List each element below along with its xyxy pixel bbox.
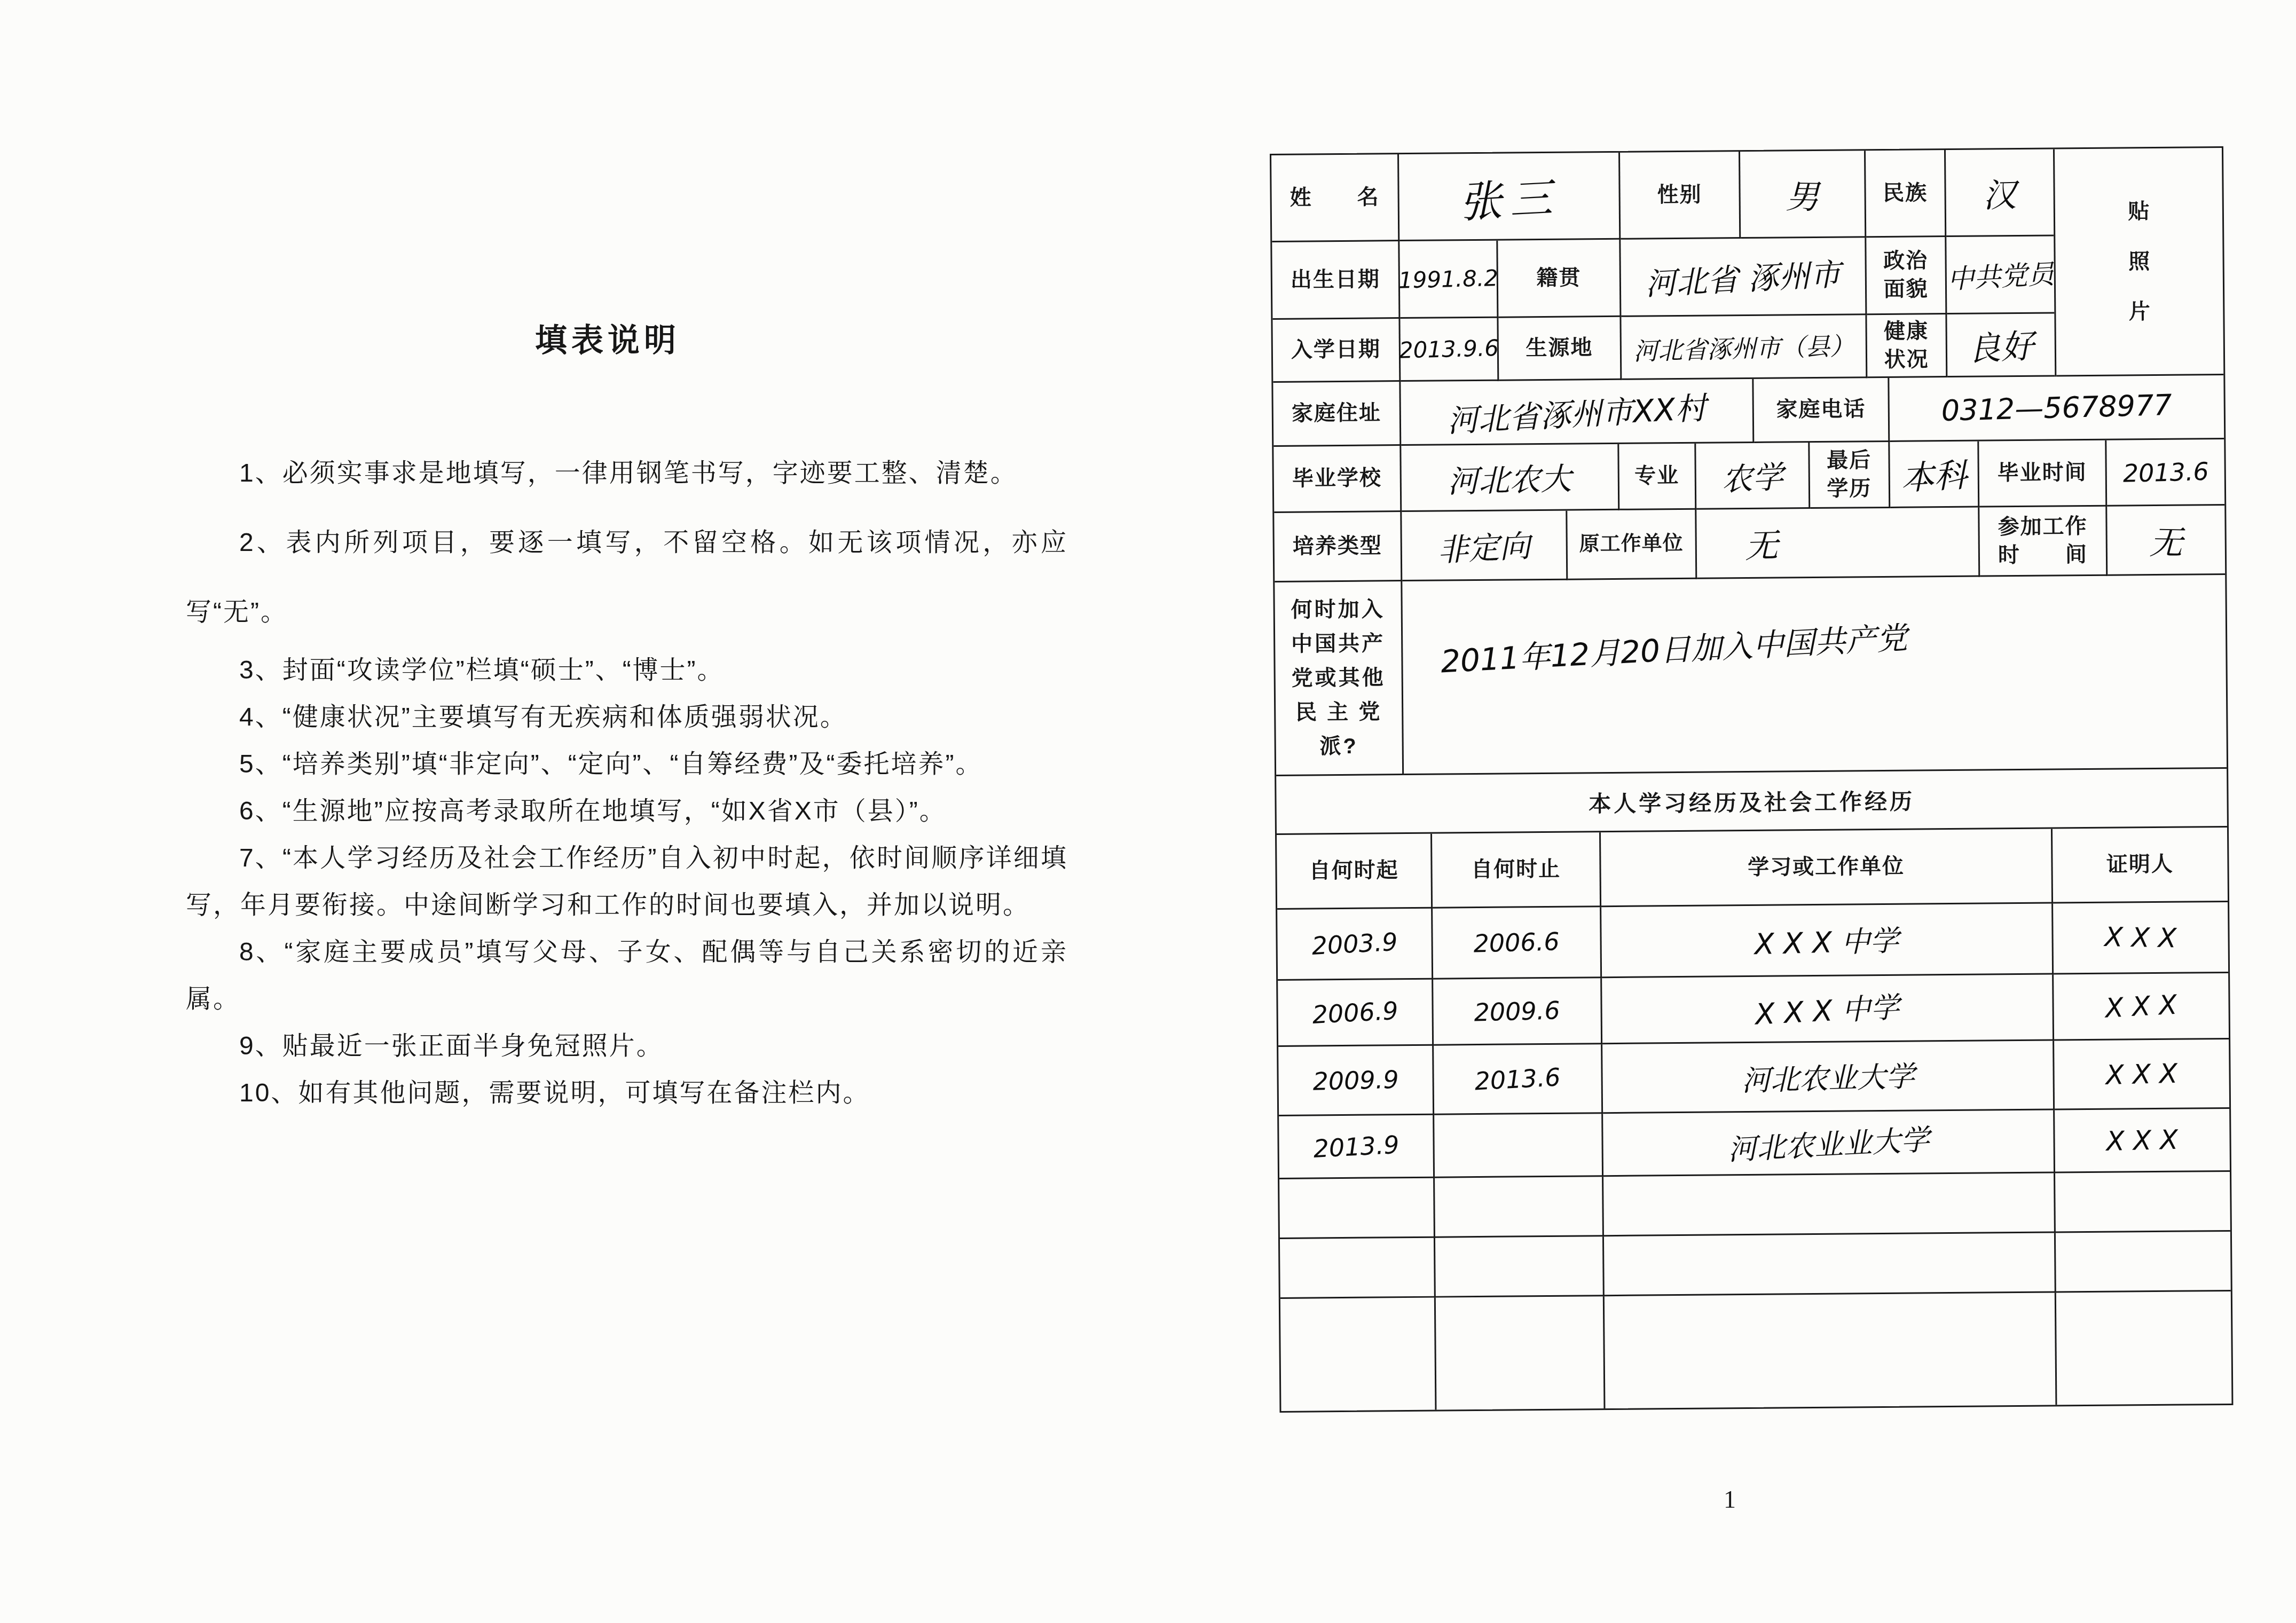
grad-school-value: 河北农大 xyxy=(1447,453,1572,501)
grad-time-label: 毕业时间 xyxy=(1998,459,2087,487)
instruction-item: 6、“生源地”应按高考录取所在地填写，“如X省X市（县）”。 xyxy=(186,788,1068,835)
home-address-value: 河北省涿州市XX村 xyxy=(1446,383,1707,441)
table-row: 何时加入 中国共产 党或其他 民 主 党 派? 2011年12月20日加入中国共… xyxy=(1275,575,2227,776)
training-type-label: 培养类型 xyxy=(1293,532,1382,561)
table-row: 姓 名 张三 性别 男 民族 汉 xyxy=(1271,149,2054,242)
major-label: 专业 xyxy=(1634,462,1679,490)
experience-certifier: X X X xyxy=(2106,1124,2179,1156)
native-place-label: 籍贯 xyxy=(1536,264,1581,292)
home-address-label: 家庭住址 xyxy=(1292,399,1381,428)
experience-unit: 河北农业业大学 xyxy=(1726,1117,1930,1168)
table-row: 出生日期 1991.8.2 籍贯 河北省 涿州市 政治 面貌 中共党员 xyxy=(1272,236,2054,319)
table-row: 本人学习经历及社会工作经历 xyxy=(1276,769,2227,835)
experience-unit: X X X 中学 xyxy=(1754,918,1899,963)
grad-time-value: 2013.6 xyxy=(2122,456,2209,487)
table-row: 毕业学校 河北农大 专业 农学 最后 学历 本科 毕业时间 2013.6 xyxy=(1273,439,2224,513)
experience-col-unit: 学习或工作单位 xyxy=(1748,853,1905,882)
grad-school-label: 毕业学校 xyxy=(1292,464,1382,493)
enroll-date-label: 入学日期 xyxy=(1291,335,1381,364)
instruction-item: 2、表内所列项目，要逐一填写，不留空格。如无该项情况，亦应写“无”。 xyxy=(186,508,1068,647)
political-status-value: 中共党员 xyxy=(1946,253,2055,296)
instruction-item: 7、“本人学习经历及社会工作经历”自入初中时起，依时间顺序详细填写，年月要衔接。… xyxy=(186,835,1068,929)
instruction-item: 9、贴最近一张正面半身免冠照片。 xyxy=(186,1023,1068,1070)
page-number: 1 xyxy=(1724,1485,1736,1514)
enroll-date-value: 2013.9.6 xyxy=(1398,335,1499,364)
experience-row xyxy=(1279,1172,2230,1239)
last-degree-label: 最后 学历 xyxy=(1827,446,1872,503)
table-row: 家庭住址 河北省涿州市XX村 家庭电话 0312—5678977 xyxy=(1273,375,2224,447)
political-status-label: 政治 面貌 xyxy=(1883,247,1929,304)
experience-row xyxy=(1280,1232,2231,1299)
former-employer-value: 无 xyxy=(1744,519,1779,568)
experience-col-to: 自何时止 xyxy=(1471,855,1561,884)
source-place-value: 河北省涿州市（县） xyxy=(1633,326,1855,367)
instruction-item: 8、“家庭主要成员”填写父母、子女、配偶等与自己关系密切的近亲属。 xyxy=(186,929,1068,1023)
former-employer-label: 原工作单位 xyxy=(1579,530,1684,558)
experience-col-certifier: 证明人 xyxy=(2106,850,2174,879)
instruction-item: 5、“培养类别”填“非定向”、“定向”、“自筹经费”及“委托培养”。 xyxy=(186,741,1068,788)
ethnicity-label: 民族 xyxy=(1883,179,1928,207)
photo-label: 贴 照 片 xyxy=(2128,186,2150,337)
instruction-item: 3、封面“攻读学位”栏填“硕士”、“博士”。 xyxy=(186,647,1068,694)
experience-to: 2009.6 xyxy=(1474,996,1560,1027)
work-start-value: 无 xyxy=(2149,516,2183,564)
name-label: 姓 名 xyxy=(1289,183,1379,212)
form-top-left: 姓 名 张三 性别 男 民族 汉 出生日期 1991.8.2 籍贯 河北省 涿州… xyxy=(1271,149,2056,383)
experience-row: 2013.9 河北农业业大学 X X X xyxy=(1279,1109,2230,1179)
experience-certifier: X X X xyxy=(2104,989,2177,1023)
native-place-value: 河北省 涿州市 xyxy=(1644,249,1842,304)
table-row: 培养类型 非定向 原工作单位 无 参加工作 时 间 无 xyxy=(1274,506,2225,582)
instructions-block: 1、必须实事求是地填写，一律用钢笔书写，字迹要工整、清楚。 2、表内所列项目，要… xyxy=(186,439,1068,1117)
name-value: 张三 xyxy=(1457,163,1561,230)
gender-value: 男 xyxy=(1786,170,1820,218)
table-row: 入学日期 2013.9.6 生源地 河北省涿州市（县） 健康 状况 良好 xyxy=(1272,313,2055,382)
experience-row: 2006.9 2009.6 X X X 中学 X X X xyxy=(1278,973,2229,1047)
experience-row xyxy=(1280,1291,2232,1411)
experience-from: 2009.9 xyxy=(1312,1065,1398,1096)
photo-box: 贴 照 片 xyxy=(2055,148,2223,376)
experience-section-title: 本人学习经历及社会工作经历 xyxy=(1589,784,1915,818)
birth-date-value: 1991.8.2 xyxy=(1398,265,1498,294)
party-join-label: 何时加入 中国共产 党或其他 民 主 党 派? xyxy=(1291,592,1386,763)
last-degree-value: 本科 xyxy=(1900,448,1968,499)
training-type-value: 非定向 xyxy=(1436,521,1531,570)
experience-from: 2003.9 xyxy=(1311,927,1398,960)
instruction-item: 1、必须实事求是地填写，一律用钢笔书写，字迹要工整、清楚。 xyxy=(186,439,1068,508)
experience-header-row: 自何时起 自何时止 学习或工作单位 证明人 xyxy=(1277,828,2228,910)
experience-certifier: X X X xyxy=(2104,921,2177,954)
experience-certifier: X X X xyxy=(2105,1058,2178,1090)
instruction-item: 10、如有其他问题，需要说明，可填写在备注栏内。 xyxy=(186,1070,1068,1117)
home-phone-value: 0312—5678977 xyxy=(1941,388,2172,428)
health-value: 良好 xyxy=(1967,319,2035,370)
work-start-label: 参加工作 时 间 xyxy=(1998,513,2088,570)
experience-col-from: 自何时起 xyxy=(1309,856,1398,885)
major-value: 农学 xyxy=(1720,451,1784,499)
form-top-block: 姓 名 张三 性别 男 民族 汉 出生日期 1991.8.2 籍贯 河北省 涿州… xyxy=(1271,148,2223,383)
party-join-value: 2011年12月20日加入中国共产党 xyxy=(1440,613,1908,682)
experience-row: 2003.9 2006.6 X X X 中学 X X X xyxy=(1277,902,2228,981)
experience-row: 2009.9 2013.6 河北农业大学 X X X xyxy=(1278,1039,2229,1116)
health-label: 健康 状况 xyxy=(1884,317,1929,374)
ethnicity-value: 汉 xyxy=(1983,168,2017,217)
gender-label: 性别 xyxy=(1657,180,1702,209)
registration-form-table: 姓 名 张三 性别 男 民族 汉 出生日期 1991.8.2 籍贯 河北省 涿州… xyxy=(1270,146,2233,1413)
instruction-item: 4、“健康状况”主要填写有无疾病和体质强弱状况。 xyxy=(186,694,1068,741)
experience-to: 2006.6 xyxy=(1473,927,1560,958)
experience-unit: 河北农业大学 xyxy=(1741,1054,1915,1099)
page-title: 填表说明 xyxy=(535,315,680,361)
experience-from: 2013.9 xyxy=(1312,1130,1400,1163)
experience-from: 2006.9 xyxy=(1311,996,1399,1029)
experience-unit: X X X 中学 xyxy=(1754,984,1900,1033)
experience-to: 2013.6 xyxy=(1474,1062,1561,1096)
birth-date-label: 出生日期 xyxy=(1291,265,1380,294)
home-phone-label: 家庭电话 xyxy=(1776,395,1866,424)
source-place-label: 生源地 xyxy=(1526,334,1593,363)
